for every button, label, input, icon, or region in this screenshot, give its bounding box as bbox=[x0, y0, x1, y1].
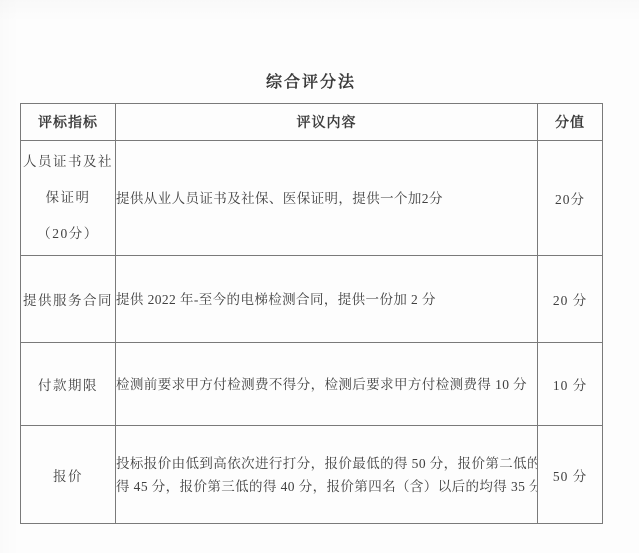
content-text: 提供 2022 年-至今的电梯检测合同，提供一份加 2 分 bbox=[116, 288, 537, 311]
content-cell: 检测前要求甲方付检测费不得分，检测后要求甲方付检测费得 10 分 bbox=[116, 343, 538, 426]
header-score: 分值 bbox=[538, 104, 603, 141]
content-cell: 提供从业人员证书及社保、医保证明，提供一个加2分 bbox=[116, 141, 538, 256]
indicator-cell: 人员证书及社 保证明 （20分） bbox=[21, 141, 116, 256]
content-text: 提供从业人员证书及社保、医保证明，提供一个加2分 bbox=[116, 187, 537, 210]
indicator-line: （20分） bbox=[21, 216, 115, 252]
content-cell: 投标报价由低到高依次进行打分，报价最低的得 50 分，报价第二低的 得 45 分… bbox=[116, 426, 538, 524]
content-text: 得 45 分，报价第三低的得 40 分，报价第四名（含）以后的均得 35 分 bbox=[116, 475, 537, 498]
indicator-cell: 提供服务合同 bbox=[21, 256, 116, 343]
indicator-line: 报价 bbox=[21, 465, 115, 485]
indicator-cell: 付款期限 bbox=[21, 343, 116, 426]
page-title: 综合评分法 bbox=[20, 69, 602, 92]
score-cell: 50 分 bbox=[538, 426, 603, 524]
indicator-line: 人员证书及社 bbox=[21, 144, 115, 180]
document-page: 综合评分法 评标指标 评议内容 分值 人员证书及社 保证明 （20分） 提 bbox=[0, 0, 639, 553]
content-text: 投标报价由低到高依次进行打分，报价最低的得 50 分，报价第二低的 bbox=[116, 452, 537, 475]
indicator-line: 付款期限 bbox=[21, 374, 115, 394]
indicator-line: 保证明 bbox=[21, 180, 115, 216]
score-cell: 20分 bbox=[538, 141, 603, 256]
indicator-line: 提供服务合同 bbox=[21, 289, 115, 309]
table-row-service-contract: 提供服务合同 提供 2022 年-至今的电梯检测合同，提供一份加 2 分 20 … bbox=[21, 256, 603, 343]
table-row-bid-price: 报价 投标报价由低到高依次进行打分，报价最低的得 50 分，报价第二低的 得 4… bbox=[21, 426, 603, 524]
indicator-cell: 报价 bbox=[21, 426, 116, 524]
header-indicator: 评标指标 bbox=[21, 104, 116, 141]
header-content: 评议内容 bbox=[116, 104, 538, 141]
table-header-row: 评标指标 评议内容 分值 bbox=[21, 104, 603, 141]
content-cell: 提供 2022 年-至今的电梯检测合同，提供一份加 2 分 bbox=[116, 256, 538, 343]
scoring-table: 评标指标 评议内容 分值 人员证书及社 保证明 （20分） 提供从业人员证书及社… bbox=[20, 103, 603, 524]
table-row-payment-terms: 付款期限 检测前要求甲方付检测费不得分，检测后要求甲方付检测费得 10 分 10… bbox=[21, 343, 603, 426]
score-cell: 20 分 bbox=[538, 256, 603, 343]
score-cell: 10 分 bbox=[538, 343, 603, 426]
content-text: 检测前要求甲方付检测费不得分，检测后要求甲方付检测费得 10 分 bbox=[116, 373, 537, 396]
table-row-personnel-certificates: 人员证书及社 保证明 （20分） 提供从业人员证书及社保、医保证明，提供一个加2… bbox=[21, 141, 603, 256]
